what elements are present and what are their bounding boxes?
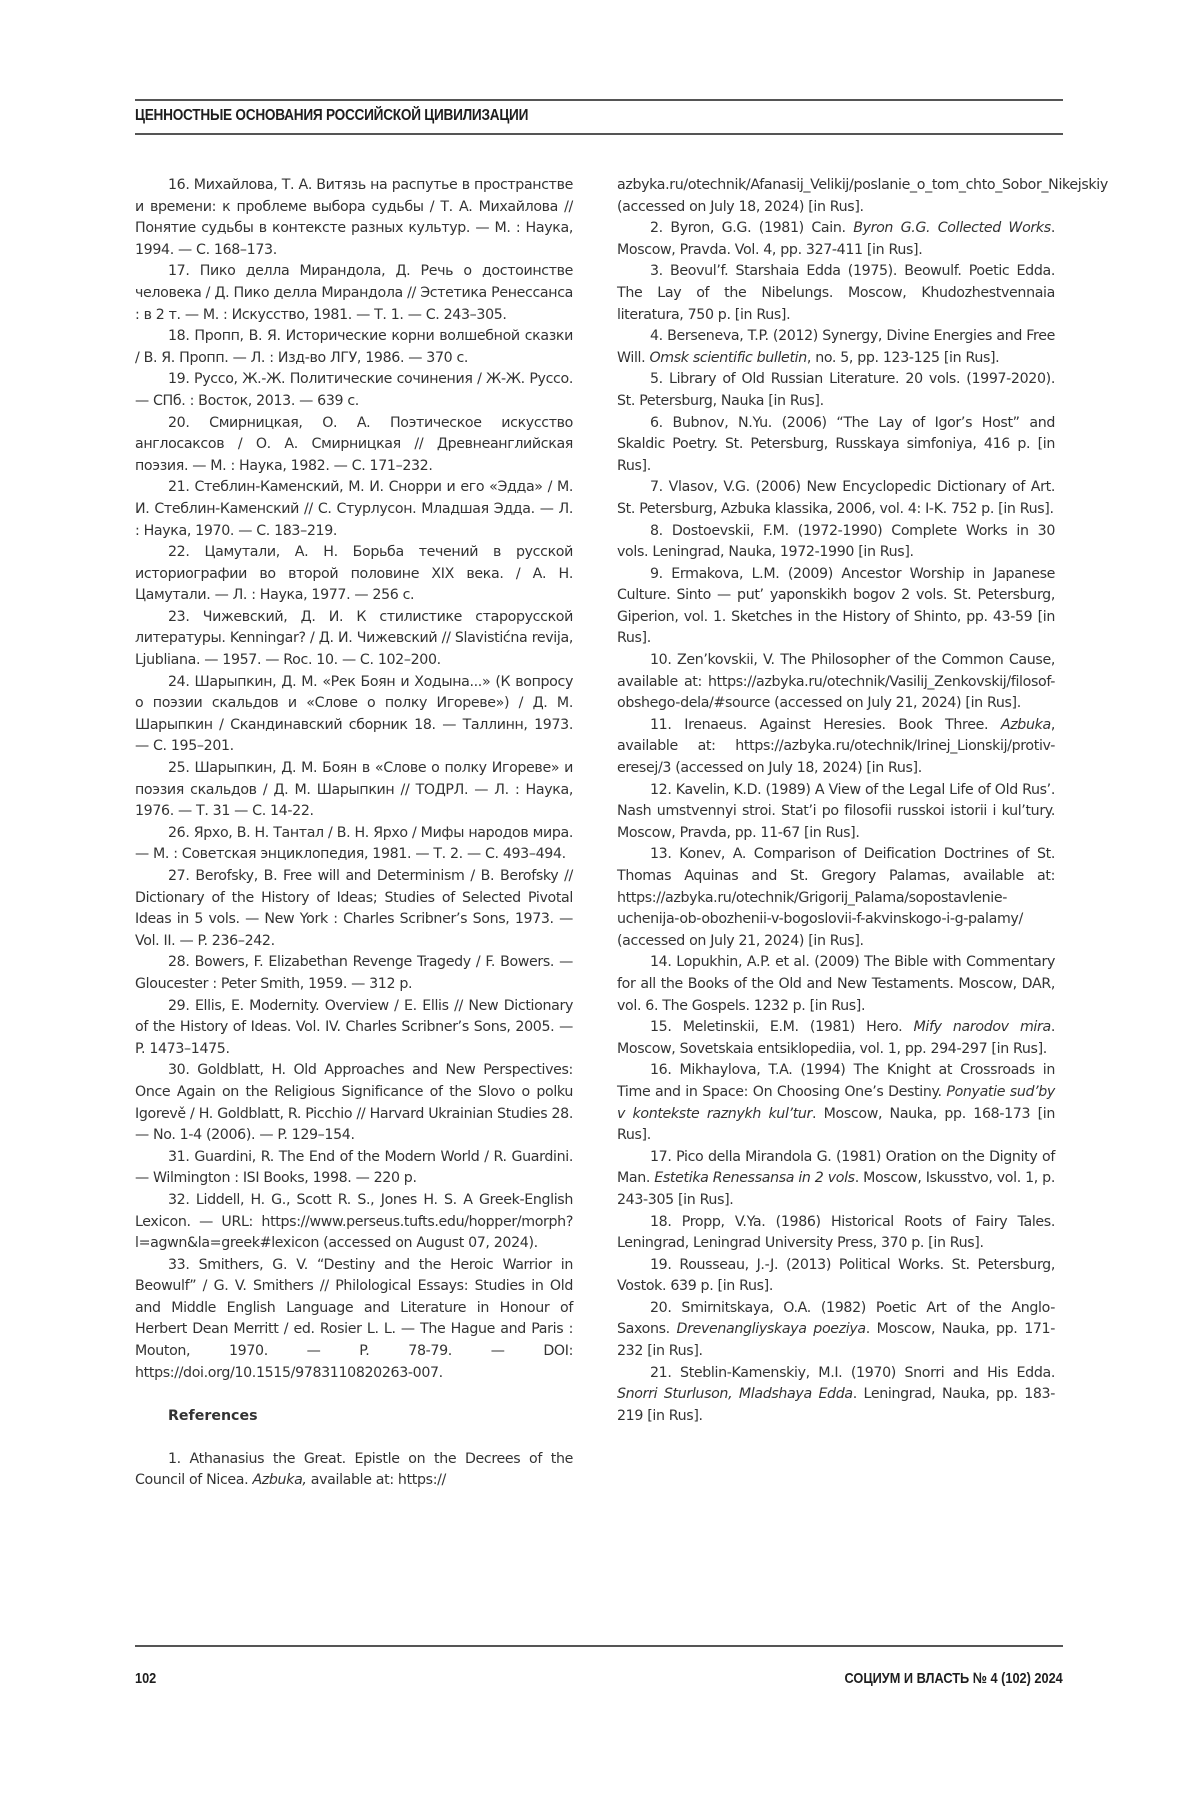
reference-text: 15. Meletinskii, E.M. (1981) Hero. [650,1019,914,1035]
bibliography-item: 17. Пико делла Мирандола, Д. Речь о дост… [135,261,573,326]
bibliography-item: 22. Цамутали, А. Н. Борьба течений в рус… [135,542,573,607]
bibliography-item: 16. Михайлова, Т. А. Витязь на распутье … [135,175,573,261]
reference-item: 15. Meletinskii, E.M. (1981) Hero. Mify … [617,1017,1055,1060]
reference-text: 18. Propp, V.Ya. (1986) Historical Roots… [617,1214,1055,1252]
footer-divider [135,1645,1063,1647]
reference-text: 2. Byron, G.G. (1981) Cain. [650,220,853,236]
reference-item: 13. Konev, A. Comparison of Deification … [617,844,1055,952]
reference-item: 8. Dostoevskii, F.M. (1972-1990) Complet… [617,521,1055,564]
reference-item: 4. Berseneva, T.P. (2012) Synergy, Divin… [617,326,1055,369]
reference-source-italic: Byron G.G. Collected Works [853,220,1051,236]
reference-item: 11. Irenaeus. Against Heresies. Book Thr… [617,715,1055,780]
page-number: 102 [135,1670,156,1687]
bibliography-item: 32. Liddell, H. G., Scott R. S., Jones H… [135,1190,573,1255]
reference-item: 6. Bubnov, N.Yu. (2006) “The Lay of Igor… [617,413,1055,478]
reference-item: 1. Athanasius the Great. Epistle on the … [135,1449,573,1492]
reference-item: 5. Library of Old Russian Literature. 20… [617,369,1055,412]
reference-item: 3. Beovul’f. Starshaia Edda (1975). Beow… [617,261,1055,326]
reference-text: 12. Kavelin, K.D. (1989) A View of the L… [617,782,1055,841]
reference-item: 21. Steblin-Kamenskiy, M.I. (1970) Snorr… [617,1363,1055,1428]
reference-text: 3. Beovul’f. Starshaia Edda (1975). Beow… [617,263,1055,322]
bibliography-item: 20. Смирницкая, О. А. Поэтическое искусс… [135,413,573,478]
reference-item: 17. Pico della Mirandola G. (1981) Orati… [617,1147,1055,1212]
reference-item: 20. Smirnitskaya, O.A. (1982) Poetic Art… [617,1298,1055,1363]
bibliography-item: 23. Чижевский, Д. И. К стилистике старор… [135,607,573,672]
reference-text: 19. Rousseau, J.-J. (2013) Political Wor… [617,1257,1055,1295]
reference-item: 2. Byron, G.G. (1981) Cain. Byron G.G. C… [617,218,1055,261]
reference-text: 21. Steblin-Kamenskiy, M.I. (1970) Snorr… [650,1365,1055,1381]
reference-source-italic: Drevenangliyskaya poeziya [677,1321,866,1337]
bibliography-item: 31. Guardini, R. The End of the Modern W… [135,1147,573,1190]
reference-text: 14. Lopukhin, A.P. et al. (2009) The Bib… [617,954,1055,1013]
reference-text: , no. 5, pp. 123-125 [in Rus]. [807,350,999,366]
reference-text: 10. Zen’kovskii, V. The Philosopher of t… [617,652,1055,711]
bibliography-item: 26. Ярхо, В. Н. Тантал / В. Н. Ярхо / Ми… [135,823,573,866]
reference-text: 13. Konev, A. Comparison of Deification … [617,846,1055,948]
bibliography-item: 33. Smithers, G. V. “Destiny and the Her… [135,1255,573,1385]
reference-item: 18. Propp, V.Ya. (1986) Historical Roots… [617,1212,1055,1255]
reference-text: 8. Dostoevskii, F.M. (1972-1990) Complet… [617,523,1055,561]
reference-item: 16. Mikhaylova, T.A. (1994) The Knight a… [617,1060,1055,1146]
reference-source-italic: Azbuka, [252,1472,306,1488]
reference-text: 5. Library of Old Russian Literature. 20… [617,371,1055,409]
reference-text: 6. Bubnov, N.Yu. (2006) “The Lay of Igor… [617,415,1055,474]
bibliography-item: 30. Goldblatt, H. Old Approaches and New… [135,1060,573,1146]
running-header: ЦЕННОСТНЫЕ ОСНОВАНИЯ РОССИЙСКОЙ ЦИВИЛИЗА… [135,99,1063,135]
reference-source-italic: Azbuka [1001,717,1051,733]
references-heading: References [135,1406,573,1428]
reference-item: 12. Kavelin, K.D. (1989) A View of the L… [617,780,1055,845]
reference-continuation: azbyka.ru/otechnik/Afanasij_Velikij/posl… [617,175,1055,218]
left-column: 16. Михайлова, Т. А. Витязь на распутье … [135,175,573,1492]
reference-text: 11. Irenaeus. Against Heresies. Book Thr… [650,717,1001,733]
right-column: azbyka.ru/otechnik/Afanasij_Velikij/posl… [617,175,1055,1427]
reference-item: 14. Lopukhin, A.P. et al. (2009) The Bib… [617,952,1055,1017]
bibliography-item: 29. Ellis, E. Modernity. Overview / E. E… [135,996,573,1061]
journal-page: ЦЕННОСТНЫЕ ОСНОВАНИЯ РОССИЙСКОЙ ЦИВИЛИЗА… [0,0,1200,1797]
reference-source-italic: Snorri Sturluson, Mladshaya Edda [617,1386,853,1402]
reference-text: 7. Vlasov, V.G. (2006) New Encyclopedic … [617,479,1055,517]
reference-source-italic: Mify narodov mira [914,1019,1051,1035]
bibliography-item: 28. Bowers, F. Elizabethan Revenge Trage… [135,952,573,995]
reference-item: 19. Rousseau, J.-J. (2013) Political Wor… [617,1255,1055,1298]
bibliography-item: 25. Шарыпкин, Д. М. Боян в «Слове о полк… [135,758,573,823]
reference-source-italic: Estetika Renessansa in 2 vols [654,1170,854,1186]
reference-source-italic: Omsk scientific bulletin [649,350,806,366]
section-title: ЦЕННОСТНЫЕ ОСНОВАНИЯ РОССИЙСКОЙ ЦИВИЛИЗА… [135,107,528,125]
reference-text: 9. Ermakova, L.M. (2009) Ancestor Worshi… [617,566,1055,647]
reference-item: 7. Vlasov, V.G. (2006) New Encyclopedic … [617,477,1055,520]
bibliography-item: 19. Руссо, Ж.-Ж. Политические сочинения … [135,369,573,412]
bibliography-item: 18. Пропп, В. Я. Исторические корни волш… [135,326,573,369]
bibliography-item: 27. Berofsky, B. Free will and Determini… [135,866,573,952]
journal-issue: СОЦИУМ И ВЛАСТЬ № 4 (102) 2024 [845,1670,1063,1687]
bibliography-item: 21. Стеблин-Каменский, М. И. Снорри и ег… [135,477,573,542]
reference-text: available at: https:// [307,1472,446,1488]
bibliography-item: 24. Шарыпкин, Д. М. «Рек Боян и Ходына..… [135,672,573,758]
reference-item: 9. Ermakova, L.M. (2009) Ancestor Worshi… [617,564,1055,650]
reference-item: 10. Zen’kovskii, V. The Philosopher of t… [617,650,1055,715]
